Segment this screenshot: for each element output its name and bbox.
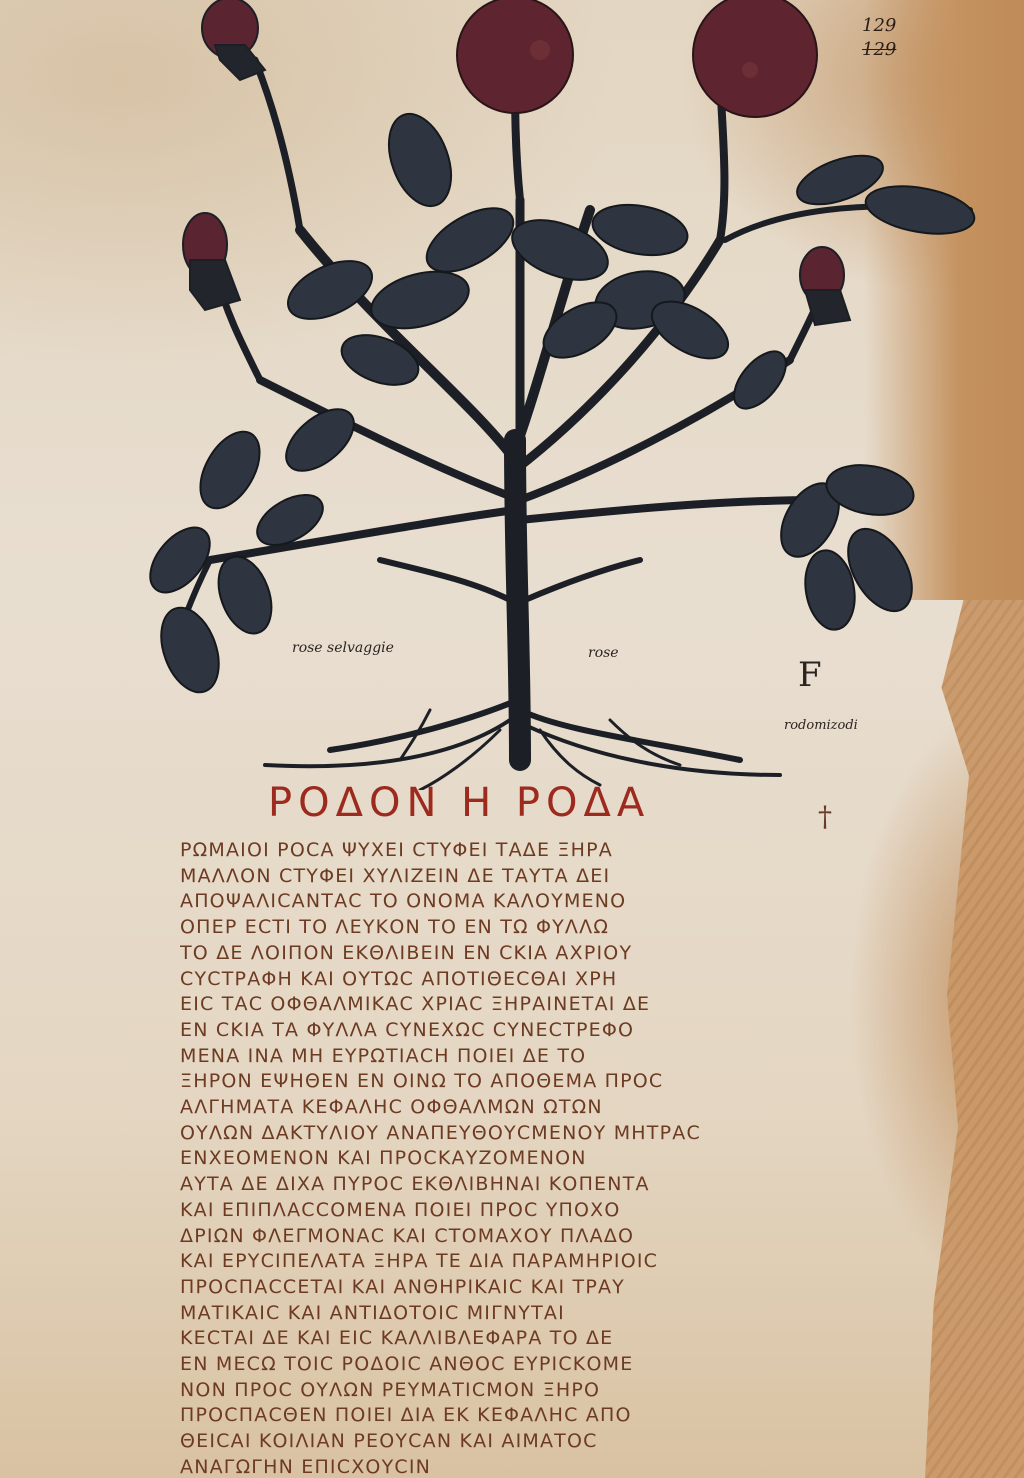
text-line: ΕΝ CΚΙΑ ΤΑ ΦΥΛΛΑ CΥΝΕΧΩC CΥΝΕCΤΡΕΦΟ <box>180 1018 800 1044</box>
text-line: ΚΑΙ ΕΠΙΠΛΑCCΟΜΕΝΑ ΠΟΙΕΙ ΠΡΟC ΥΠΟΧΟ <box>180 1198 800 1224</box>
text-line: ΠΡΟCΠΑCCΕΤΑΙ ΚΑΙ ΑΝΘΗΡΙΚΑΙC ΚΑΙ ΤΡΑΥ <box>180 1275 800 1301</box>
text-line: ΟΥΛΩΝ ΔΑΚΤΥΛΙΟΥ ΑΝΑΠΕΥΘΟΥCΜΕΝΟΥ ΜΗΤΡΑC <box>180 1121 800 1147</box>
annotation-rose: rose <box>588 645 619 661</box>
text-line: ΟΠΕΡ ΕCΤΙ ΤΟ ΛΕΥΚΟΝ ΤΟ ΕΝ ΤΩ ΦΥΛΛΩ <box>180 915 800 941</box>
rubric-title: ΡΟΔΟΝ Η ΡΟΔΑ <box>268 780 650 826</box>
text-line: ΜΑΛΛΟΝ CΤΥΦΕΙ ΧΥΛΙΖΕΙΝ ΔΕ ΤΑΥΤΑ ΔΕΙ <box>180 864 800 890</box>
text-line: ΜΑΤΙΚΑΙC ΚΑΙ ΑΝΤΙΔΟΤΟΙC ΜΙΓΝΥΤΑΙ <box>180 1301 800 1327</box>
annotation-symbol-f: F <box>798 655 822 695</box>
text-line: ΑΛΓΗΜΑΤΑ ΚΕΦΑΛΗC ΟΦΘΑΛΜΩΝ ΩΤΩΝ <box>180 1095 800 1121</box>
text-line: ΝΟΝ ΠΡΟC ΟΥΛΩΝ ΡΕΥΜΑΤΙCΜΟΝ ΞΗΡΟ <box>180 1378 800 1404</box>
annotation-rodomizodi: rodomizodi <box>784 718 858 733</box>
rose-plant-illustration <box>130 0 1010 790</box>
margin-mark: † <box>818 800 832 833</box>
greek-text-block: ΡΩΜΑΙΟΙ ΡΟCΑ ΨΥΧΕΙ CΤΥΦΕΙ ΤΑΔΕ ΞΗΡΑ ΜΑΛΛ… <box>180 838 800 1478</box>
text-line: ΕΝΧΕΟΜΕΝΟΝ ΚΑΙ ΠΡΟCΚΑΥΖΟΜΕΝΟΝ <box>180 1146 800 1172</box>
text-line: ΠΡΟCΠΑCΘΕΝ ΠΟΙΕΙ ΔΙΑ ΕΚ ΚΕΦΑΛΗC ΑΠΟ <box>180 1403 800 1429</box>
text-line: ΜΕΝΑ ΙΝΑ ΜΗ ΕΥΡΩΤΙΑCΗ ΠΟΙΕΙ ΔΕ ΤΟ <box>180 1044 800 1070</box>
text-line: ΚΕCΤΑΙ ΔΕ ΚΑΙ ΕΙC ΚΑΛΛΙΒΛΕΦΑΡΑ ΤΟ ΔΕ <box>180 1326 800 1352</box>
text-line: ΑΝΑΓΩΓΗΝ ΕΠΙCΧΟΥCΙΝ <box>180 1455 800 1478</box>
text-line: ΕΝ ΜΕCΩ ΤΟΙC ΡΟΔΟΙC ΑΝΘΟC ΕΥΡΙCΚΟΜΕ <box>180 1352 800 1378</box>
manuscript-page: 129 129 <box>0 0 1024 1478</box>
text-line: ΑΥΤΑ ΔΕ ΔΙΧΑ ΠΥΡΟC ΕΚΘΛΙΒΗΝΑΙ ΚΟΠΕΝΤΑ <box>180 1172 800 1198</box>
annotation-rose-selvaggie: rose selvaggie <box>292 640 394 656</box>
text-line: ΤΟ ΔΕ ΛΟΙΠΟΝ ΕΚΘΛΙΒΕΙΝ ΕΝ CΚΙΑ ΑΧΡΙΟΥ <box>180 941 800 967</box>
text-line: ΞΗΡΟΝ ΕΨΗΘΕΝ ΕΝ ΟΙΝΩ ΤΟ ΑΠΟΘΕΜΑ ΠΡΟC <box>180 1069 800 1095</box>
text-line: ΔΡΙΩΝ ΦΛΕΓΜΟΝΑC ΚΑΙ CΤΟΜΑΧΟΥ ΠΛΑΔΟ <box>180 1224 800 1250</box>
text-line: ΚΑΙ ΕΡΥCΙΠΕΛΑΤΑ ΞΗΡΑ ΤΕ ΔΙΑ ΠΑΡΑΜΗΡΙΟΙC <box>180 1249 800 1275</box>
text-line: ΡΩΜΑΙΟΙ ΡΟCΑ ΨΥΧΕΙ CΤΥΦΕΙ ΤΑΔΕ ΞΗΡΑ <box>180 838 800 864</box>
text-line: CΥCΤΡΑΦΗ ΚΑΙ ΟΥΤΩC ΑΠΟΤΙΘΕCΘΑΙ ΧΡΗ <box>180 967 800 993</box>
text-line: ΕΙC ΤΑC ΟΦΘΑΛΜΙΚΑC ΧΡΙΑC ΞΗΡΑΙΝΕΤΑΙ ΔΕ <box>180 992 800 1018</box>
text-line: ΑΠΟΨΑΛΙCΑΝΤΑC ΤΟ ΟΝΟΜΑ ΚΑΛΟΥΜΕΝΟ <box>180 889 800 915</box>
text-line: ΘΕΙCΑΙ ΚΟΙΛΙΑΝ ΡΕΟΥCΑΝ ΚΑΙ ΑΙΜΑΤΟC <box>180 1429 800 1455</box>
